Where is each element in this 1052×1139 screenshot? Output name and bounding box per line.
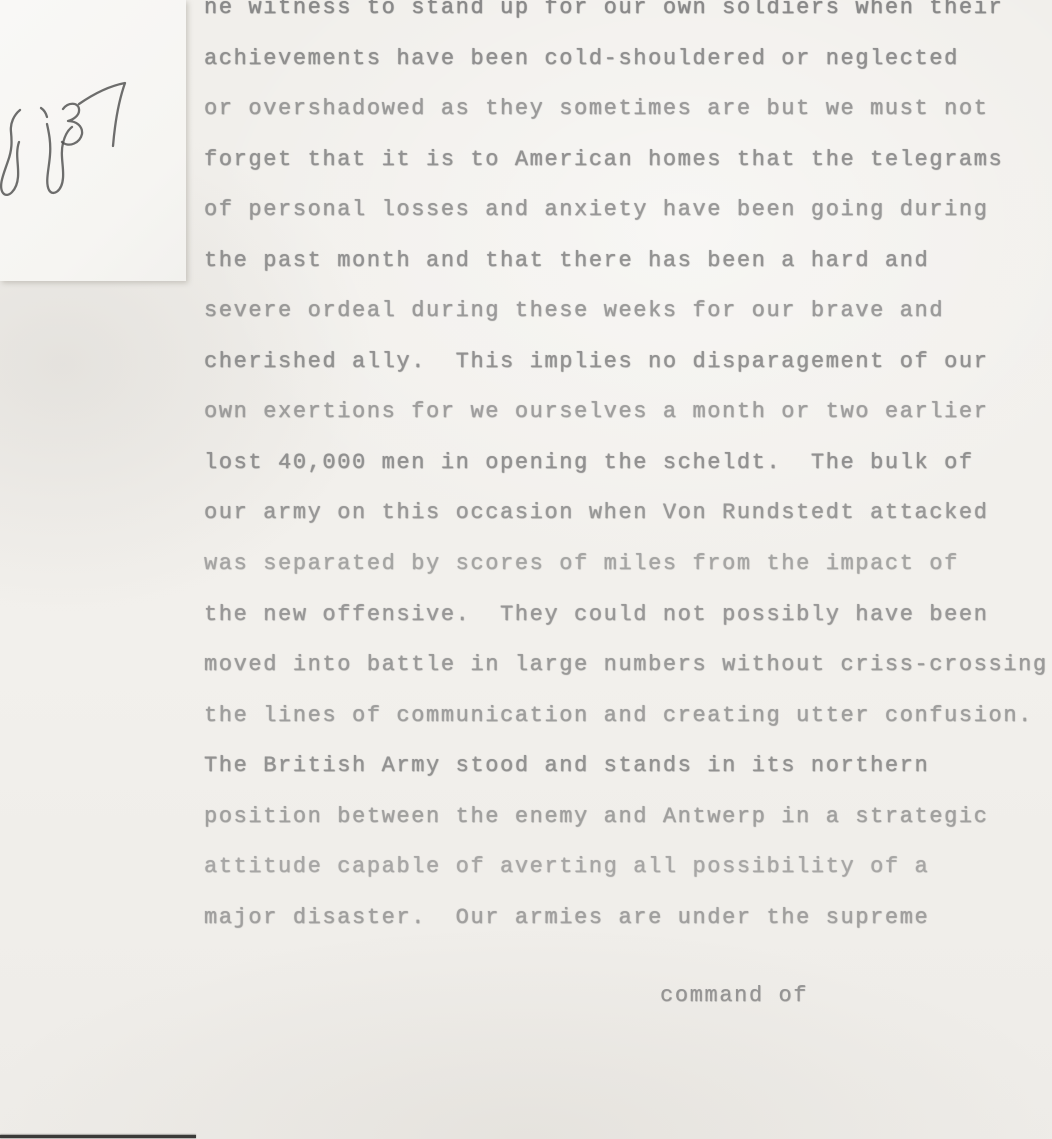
typewritten-line: lost 40,000 men in opening the scheldt. … <box>204 438 1052 489</box>
typewritten-line: severe ordeal during these weeks for our… <box>204 286 1052 337</box>
pen-stroke-j2-tick <box>41 108 47 117</box>
typewritten-line: own exertions for we ourselves a month o… <box>204 387 1052 438</box>
scanned-document-page: ne witness to stand up for our own soldi… <box>0 0 1052 1139</box>
typewritten-line: major disaster. Our armies are under the… <box>204 893 1052 944</box>
typewritten-line: was separated by scores of miles from th… <box>204 539 1052 590</box>
typewritten-line: achievements have been cold-shouldered o… <box>204 34 1052 85</box>
typewritten-line: attitude capable of averting all possibi… <box>204 842 1052 893</box>
typewritten-line: of personal losses and anxiety have been… <box>204 185 1052 236</box>
typewritten-line: the lines of communication and creating … <box>204 691 1052 742</box>
typewritten-line: the past month and that there has been a… <box>204 236 1052 287</box>
pen-stroke-j1 <box>1 110 20 195</box>
pen-stroke-7 <box>79 83 125 146</box>
typewritten-line: ne witness to stand up for our own soldi… <box>204 0 1052 34</box>
typewritten-line: or overshadowed as they sometimes are bu… <box>204 84 1052 135</box>
typewritten-line: our army on this occasion when Von Runds… <box>204 488 1052 539</box>
typewritten-line: The British Army stood and stands in its… <box>204 741 1052 792</box>
typewritten-line: the new offensive. They could not possib… <box>204 590 1052 641</box>
typewritten-line: moved into battle in large numbers witho… <box>204 640 1052 691</box>
typewritten-text-block: ne witness to stand up for our own soldi… <box>204 0 1052 943</box>
typewritten-line: position between the enemy and Antwerp i… <box>204 792 1052 843</box>
typewritten-line: cherished ally. This implies no disparag… <box>204 337 1052 388</box>
typewritten-line: forget that it is to American homes that… <box>204 135 1052 186</box>
handwritten-annotation <box>0 78 138 204</box>
pen-stroke-j2 <box>47 124 72 193</box>
typewritten-line-command-of: command of <box>660 971 808 1022</box>
scan-edge-artifact <box>0 1135 196 1138</box>
